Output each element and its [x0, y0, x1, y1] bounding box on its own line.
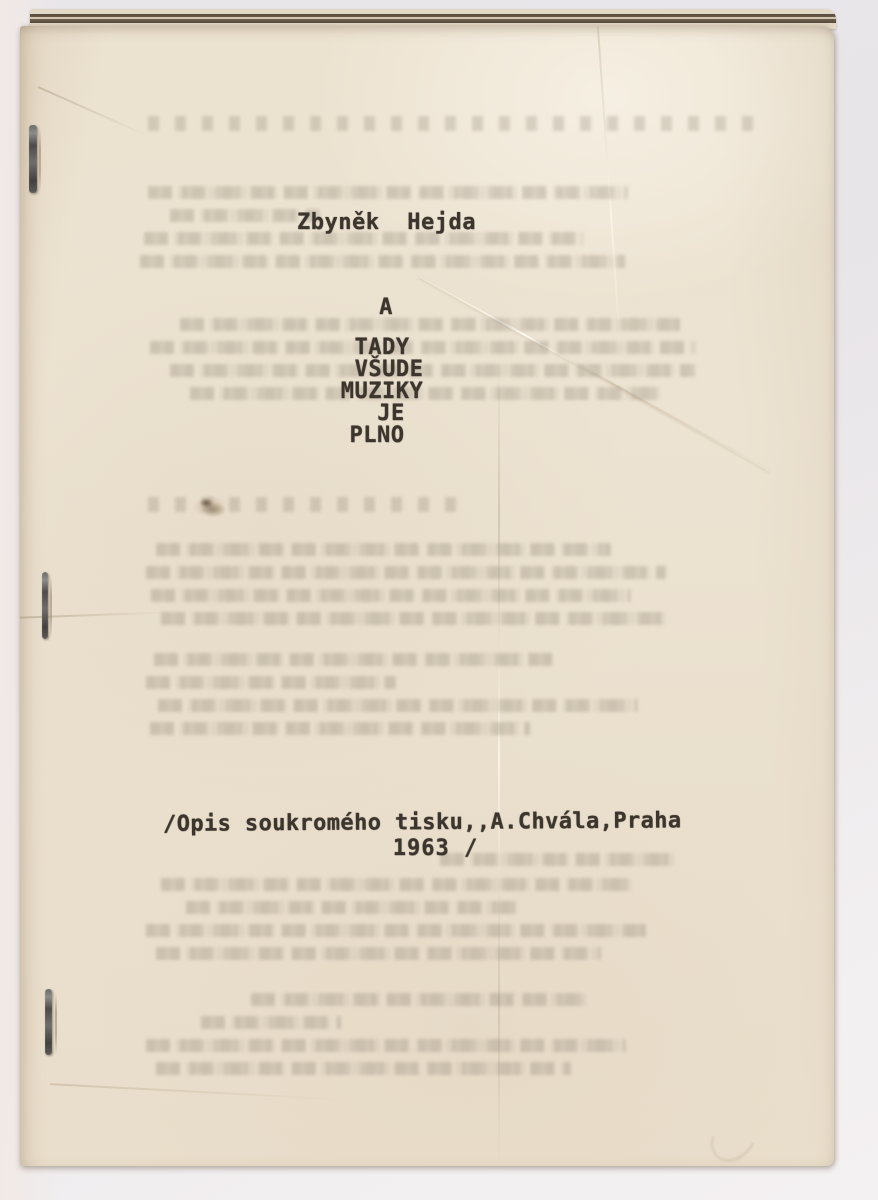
title-line-a: A [302, 297, 470, 319]
bleedthrough-text-block [146, 878, 646, 970]
paper-crease [38, 86, 148, 137]
booklet-cover-page [20, 26, 834, 1166]
imprint-year: 1963 / [163, 836, 708, 861]
title-line-plno: PLNO [284, 425, 470, 447]
bleedthrough-text-line [148, 116, 760, 131]
bleedthrough-text-line [156, 543, 611, 556]
bleedthrough-text-line [251, 993, 586, 1006]
bleedthrough-text-line [146, 1039, 626, 1052]
bleedthrough-text-line [161, 612, 666, 625]
title-line-vsude: VŠUDE [308, 359, 470, 381]
bleedthrough-text-line [151, 589, 631, 602]
paper-crease [50, 1083, 350, 1101]
bleedthrough-text-line [201, 1016, 341, 1029]
bleedthrough-text-line [161, 878, 631, 891]
bleedthrough-text-block [148, 116, 760, 141]
bleedthrough-text-line [146, 676, 396, 689]
bleedthrough-text-line [148, 186, 628, 199]
bleedthrough-text-line [146, 566, 666, 579]
bleedthrough-text-line [186, 901, 516, 914]
bleedthrough-text-line [146, 924, 646, 937]
title-block: A TADY VŠUDE MUZIKY JE PLNO [300, 297, 470, 447]
author-name: Zbyněk Hejda [297, 210, 476, 235]
imprint-publisher: /Opis soukromého tisku,,A.Chvála,Praha [163, 808, 708, 837]
pencil-mark [704, 1113, 764, 1168]
staple-bottom [45, 989, 52, 1055]
ink-stain [188, 491, 236, 525]
bleedthrough-text-line [140, 255, 625, 268]
bleedthrough-text-line [150, 722, 530, 735]
title-line-je: JE [312, 403, 470, 425]
bleedthrough-text-line [154, 653, 554, 666]
imprint: /Opis soukromého tisku,,A.Chvála,Praha 1… [163, 810, 708, 861]
bleedthrough-text-line [156, 1062, 571, 1075]
bleedthrough-text-line [156, 947, 601, 960]
title-line-muziky: MUZIKY [294, 381, 470, 403]
bleedthrough-text-line [158, 699, 638, 712]
bleedthrough-text-block [146, 993, 626, 1085]
staple-middle [42, 572, 48, 639]
title-line-tady: TADY [294, 337, 470, 359]
bleedthrough-text-block [146, 543, 666, 635]
staple-top [29, 125, 37, 193]
bleedthrough-text-block [146, 653, 638, 745]
